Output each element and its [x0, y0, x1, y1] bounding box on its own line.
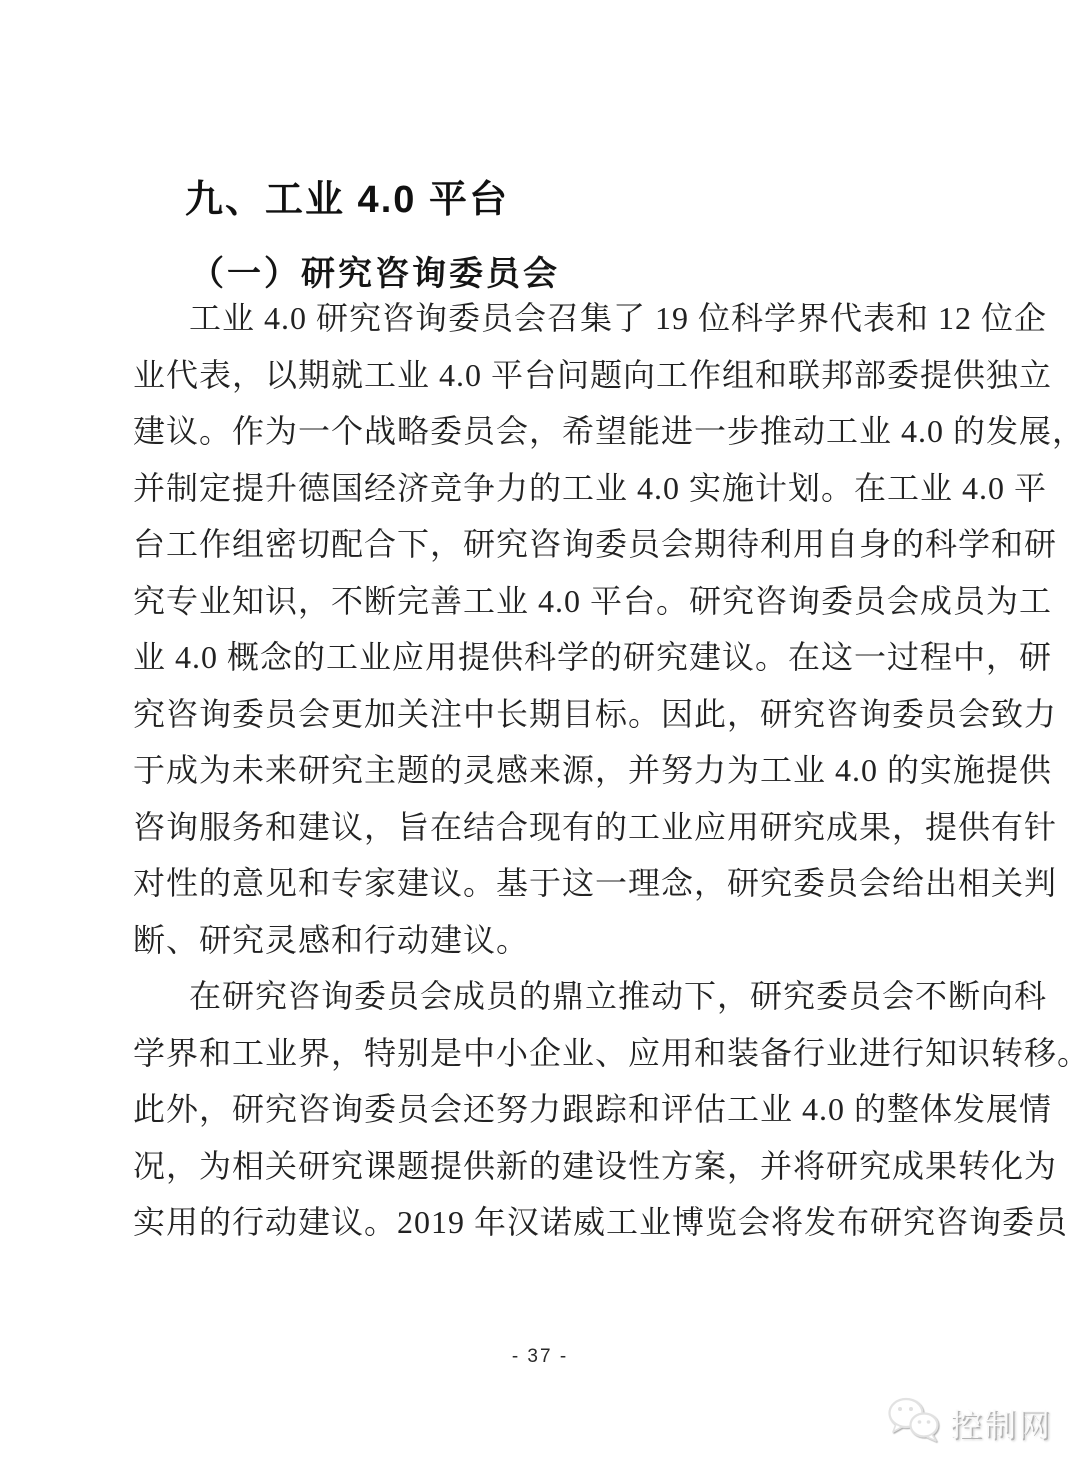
paragraph-line: 并制定提升德国经济竞争力的工业 4.0 实施计划。在工业 4.0 平 — [133, 460, 947, 517]
paragraph-line: 工业 4.0 研究咨询委员会召集了 19 位科学界代表和 12 位企 — [133, 290, 947, 347]
document-page: 九、工业 4.0 平台 （一）研究咨询委员会 工业 4.0 研究咨询委员会召集了… — [0, 0, 1080, 1466]
paragraph-line: 建议。作为一个战略委员会，希望能进一步推动工业 4.0 的发展， — [133, 403, 947, 460]
paragraph-line: 业代表，以期就工业 4.0 平台问题向工作组和联邦部委提供独立 — [133, 347, 947, 404]
paragraph-line: 究咨询委员会更加关注中长期目标。因此，研究咨询委员会致力 — [133, 686, 947, 743]
wechat-icon — [886, 1396, 942, 1449]
subsection-heading: （一）研究咨询委员会 — [190, 246, 560, 295]
paragraph-line: 断、研究灵感和行动建议。 — [133, 912, 947, 969]
paragraph-line: 业 4.0 概念的工业应用提供科学的研究建议。在这一过程中，研 — [133, 629, 947, 686]
body-text: 工业 4.0 研究咨询委员会召集了 19 位科学界代表和 12 位企 业代表，以… — [133, 290, 947, 1251]
paragraph-line: 究专业知识，不断完善工业 4.0 平台。研究咨询委员会成员为工 — [133, 573, 947, 630]
paragraph-line: 在研究咨询委员会成员的鼎立推动下，研究委员会不断向科 — [133, 968, 947, 1025]
paragraph-line: 台工作组密切配合下，研究咨询委员会期待利用自身的科学和研 — [133, 516, 947, 573]
section-heading: 九、工业 4.0 平台 — [185, 168, 509, 223]
paragraph-line: 况，为相关研究课题提供新的建设性方案，并将研究成果转化为 — [133, 1138, 947, 1195]
paragraph-line: 学界和工业界，特别是中小企业、应用和装备行业进行知识转移。 — [133, 1025, 947, 1082]
paragraph-line: 对性的意见和专家建议。基于这一理念，研究委员会给出相关判 — [133, 855, 947, 912]
watermark: 控制网 — [886, 1396, 1052, 1449]
watermark-label: 控制网 — [950, 1400, 1052, 1446]
paragraph-line: 咨询服务和建议，旨在结合现有的工业应用研究成果，提供有针 — [133, 799, 947, 856]
paragraph-line: 实用的行动建议。2019 年汉诺威工业博览会将发布研究咨询委员 — [133, 1194, 947, 1251]
paragraph-line: 于成为未来研究主题的灵感来源，并努力为工业 4.0 的实施提供 — [133, 742, 947, 799]
paragraph-line: 此外，研究咨询委员会还努力跟踪和评估工业 4.0 的整体发展情 — [133, 1081, 947, 1138]
page-number: - 37 - — [0, 1346, 1080, 1368]
